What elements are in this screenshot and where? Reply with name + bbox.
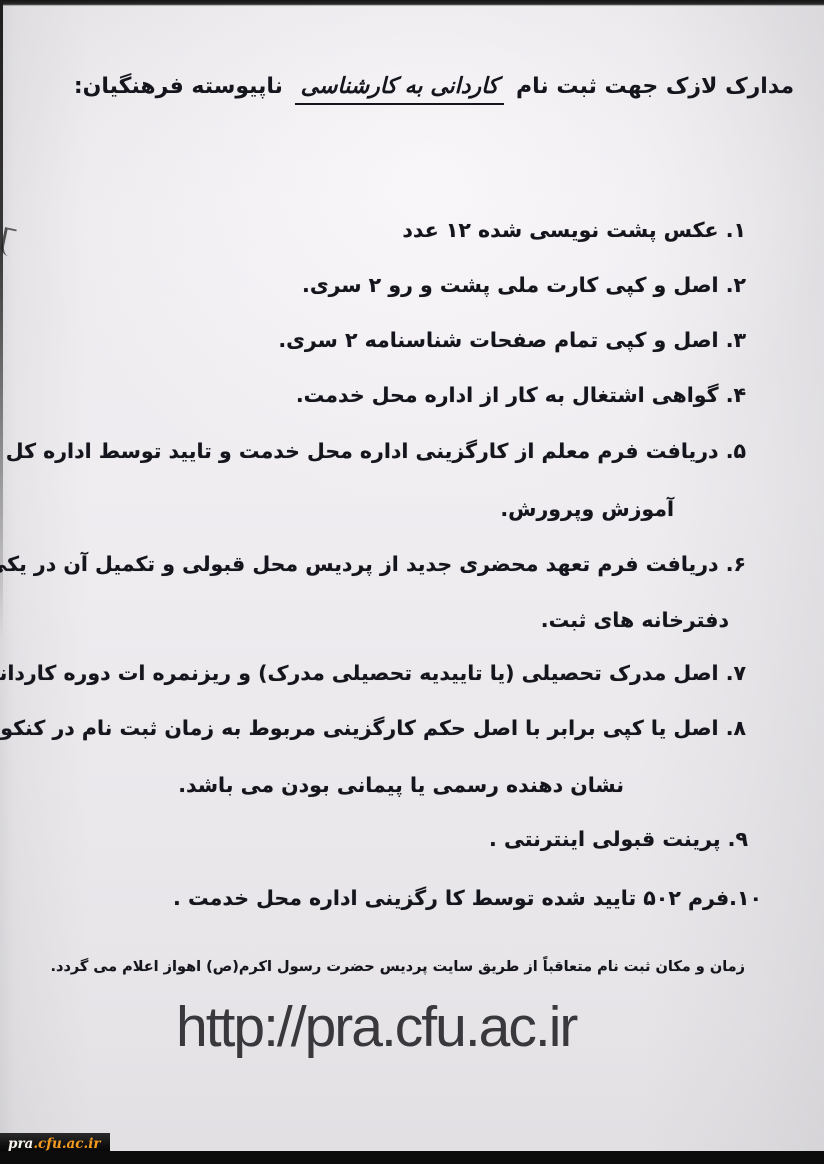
watermark-prefix: pra: [8, 1136, 33, 1152]
scanned-document-page: مدارک لازک جهت ثبت نام کاردانی به کارشنا…: [0, 0, 824, 1164]
list-item-8: ۸. اصل یا کپی برابر با اصل حکم کارگزینی …: [0, 716, 746, 740]
title-pre: مدارک لازک جهت ثبت نام: [516, 74, 794, 99]
list-item-5: ۵. دریافت فرم معلم از کارگزینی اداره محل…: [6, 439, 746, 463]
site-url-text: http://pra.cfu.ac.ir: [176, 994, 576, 1060]
top-scan-edge: [0, 0, 824, 6]
list-item-6-continuation: دفترخانه های ثبت.: [541, 608, 729, 632]
list-item-9: ۹. پرینت قبولی اینترنتی .: [489, 827, 748, 851]
footer-note: زمان و مکان ثبت نام متعاقباً از طریق سای…: [51, 959, 745, 975]
title-post: ناپیوسته فرهنگیان:: [74, 74, 283, 99]
document-title: مدارک لازک جهت ثبت نام کاردانی به کارشنا…: [22, 74, 824, 105]
list-item-10: ۱۰.فرم ۵۰۲ تایید شده توسط کا رگزینی ادار…: [173, 886, 762, 910]
left-scan-edge: [0, 0, 3, 640]
list-item-3: ۳. اصل و کپی تمام صفحات شناسنامه ۲ سری.: [278, 328, 746, 352]
list-item-5-continuation: آموزش وپرورش.: [500, 497, 674, 521]
list-item-8-continuation: نشان دهنده رسمی یا پیمانی بودن می باشد.: [178, 773, 624, 797]
bottom-scan-edge: [0, 1151, 824, 1164]
list-item-1: ۱. عکس پشت نویسی شده ۱۲ عدد: [402, 218, 746, 242]
list-item-4: ۴. گواهی اشتغال به کار از اداره محل خدمت…: [296, 383, 746, 407]
list-item-2: ۲. اصل و کپی کارت ملی پشت و رو ۲ سری.: [302, 273, 746, 297]
list-item-6: ۶. دریافت فرم تعهد محضری جدید از پردیس م…: [0, 552, 746, 576]
list-item-7: ۷. اصل مدرک تحصیلی (یا تاییدیه تحصیلی مد…: [0, 661, 746, 685]
watermark-suffix: .cfu.ac.ir: [33, 1136, 100, 1152]
title-underlined-phrase: کاردانی به کارشناسی: [295, 74, 505, 105]
